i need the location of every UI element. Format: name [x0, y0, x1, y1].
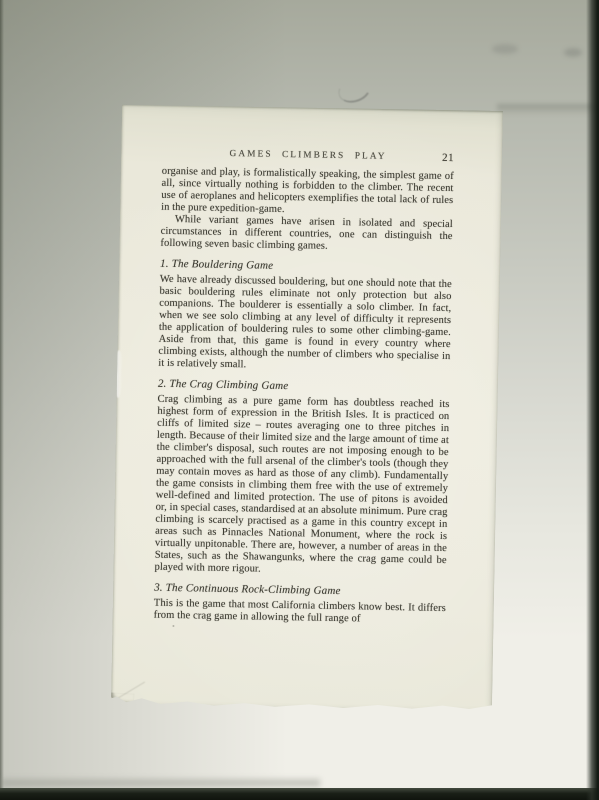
section-3-heading: 3. The Continuous Rock-Climbing Game: [154, 581, 446, 600]
intro-paragraph-2: While variant games have arisen in isola…: [160, 214, 453, 255]
scanner-edge-right: [586, 0, 599, 800]
page-top-shadow: [497, 104, 599, 115]
scan-smudge: [492, 44, 518, 54]
scan-smudge: [564, 48, 582, 57]
section-2-body: Crag climbing as a pure game form has do…: [154, 394, 449, 579]
intro-paragraph-1: organise and play, is formalistically sp…: [161, 166, 454, 219]
running-head: GAMES CLIMBERS PLAY 21: [162, 147, 454, 166]
scan-background: GAMES CLIMBERS PLAY 21 organise and play…: [0, 0, 599, 800]
page-content: GAMES CLIMBERS PLAY 21 organise and play…: [111, 104, 503, 712]
section-2-heading: 2. The Crag Climbing Game: [158, 377, 450, 396]
scanner-edge-left: [0, 0, 4, 800]
running-head-title: GAMES CLIMBERS PLAY: [162, 147, 454, 164]
page-number: 21: [442, 152, 454, 164]
scanner-edge-bottom: [0, 788, 599, 800]
scanner-bottom-smudge: [0, 779, 320, 787]
section-1-body: We have already discussed bouldering, bu…: [158, 274, 452, 375]
scan-crescent-mark: [335, 73, 374, 107]
book-page: GAMES CLIMBERS PLAY 21 organise and play…: [111, 104, 503, 712]
section-1-heading: 1. The Bouldering Game: [160, 257, 452, 276]
section-3-body: This is the game that most California cl…: [154, 598, 446, 627]
